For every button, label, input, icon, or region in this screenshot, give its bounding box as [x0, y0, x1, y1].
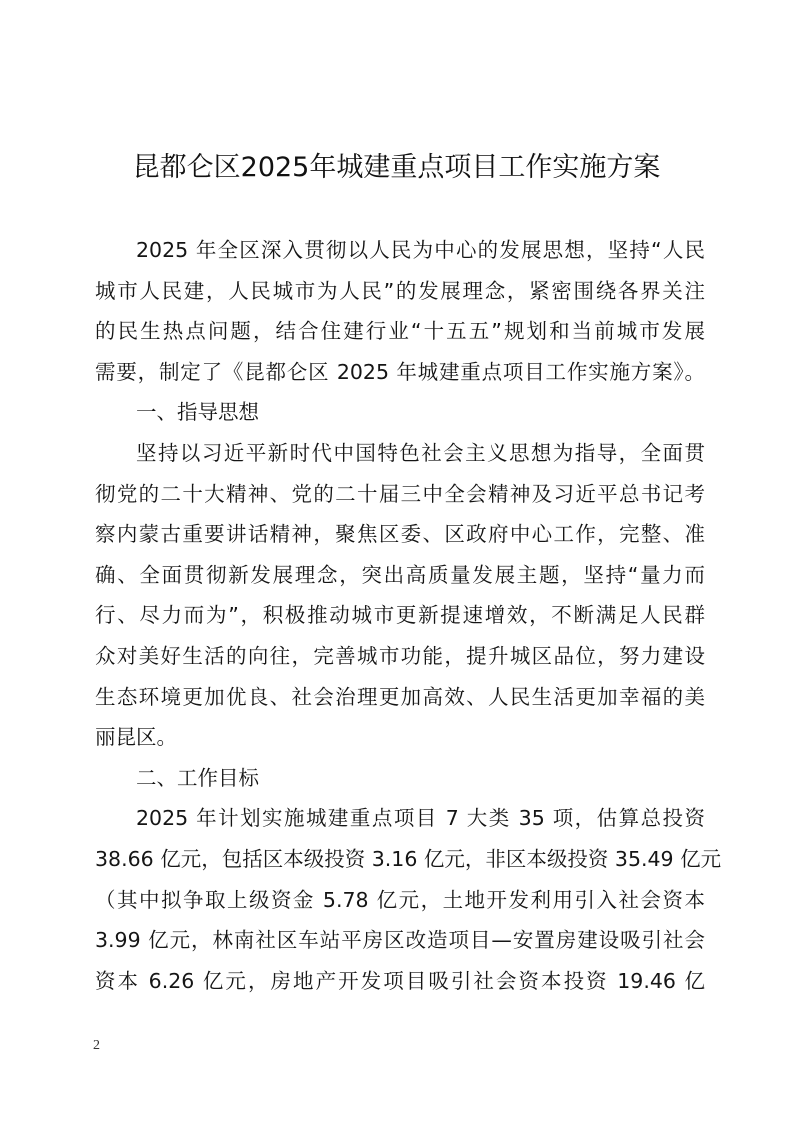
- text-line: 坚持以习近平新时代中国特色社会主义思想为指导，全面贯: [95, 433, 705, 474]
- text-line: 丽昆区。: [95, 717, 705, 758]
- text-line: 生态环境更加优良、社会治理更加高效、人民生活更加幸福的美: [95, 677, 705, 718]
- text-line: 确、全面贯彻新发展理念，突出高质量发展主题，坚持“量力而: [95, 555, 705, 596]
- text-line: 行、尽力而为”，积极推动城市更新提速增效，不断满足人民群: [95, 595, 705, 636]
- text-line: 一、指导思想: [95, 392, 705, 433]
- text-line: 3.99 亿元，林南社区车站平房区改造项目—安置房建设吸引社会: [95, 920, 705, 961]
- document-body: 2025 年全区深入贯彻以人民为中心的发展思想，坚持“人民城市人民建，人民城市为…: [95, 230, 705, 1001]
- page-number: 2: [93, 1038, 100, 1054]
- document-title: 昆都仑区2025年城建重点项目工作实施方案: [0, 148, 793, 188]
- text-line: 资本 6.26 亿元，房地产开发项目吸引社会资本投资 19.46 亿: [95, 961, 705, 1002]
- text-line: 二、工作目标: [95, 758, 705, 799]
- text-line: 城市人民建，人民城市为人民”的发展理念，紧密围绕各界关注: [95, 271, 705, 312]
- text-line: 的民生热点问题，结合住建行业“十五五”规划和当前城市发展: [95, 311, 705, 352]
- text-line: 2025 年全区深入贯彻以人民为中心的发展思想，坚持“人民: [95, 230, 705, 271]
- text-line: 38.66 亿元，包括区本级投资 3.16 亿元，非区本级投资 35.49 亿元: [95, 839, 705, 880]
- text-line: 察内蒙古重要讲话精神，聚焦区委、区政府中心工作，完整、准: [95, 514, 705, 555]
- text-line: 众对美好生活的向往，完善城市功能，提升城区品位，努力建设: [95, 636, 705, 677]
- text-line: 2025 年计划实施城建重点项目 7 大类 35 项，估算总投资: [95, 798, 705, 839]
- text-line: （其中拟争取上级资金 5.78 亿元，土地开发利用引入社会资本: [95, 880, 705, 921]
- text-line: 彻党的二十大精神、党的二十届三中全会精神及习近平总书记考: [95, 474, 705, 515]
- document-page: 昆都仑区2025年城建重点项目工作实施方案 2025 年全区深入贯彻以人民为中心…: [0, 0, 793, 1122]
- text-line: 需要，制定了《昆都仑区 2025 年城建重点项目工作实施方案》。: [95, 352, 705, 393]
